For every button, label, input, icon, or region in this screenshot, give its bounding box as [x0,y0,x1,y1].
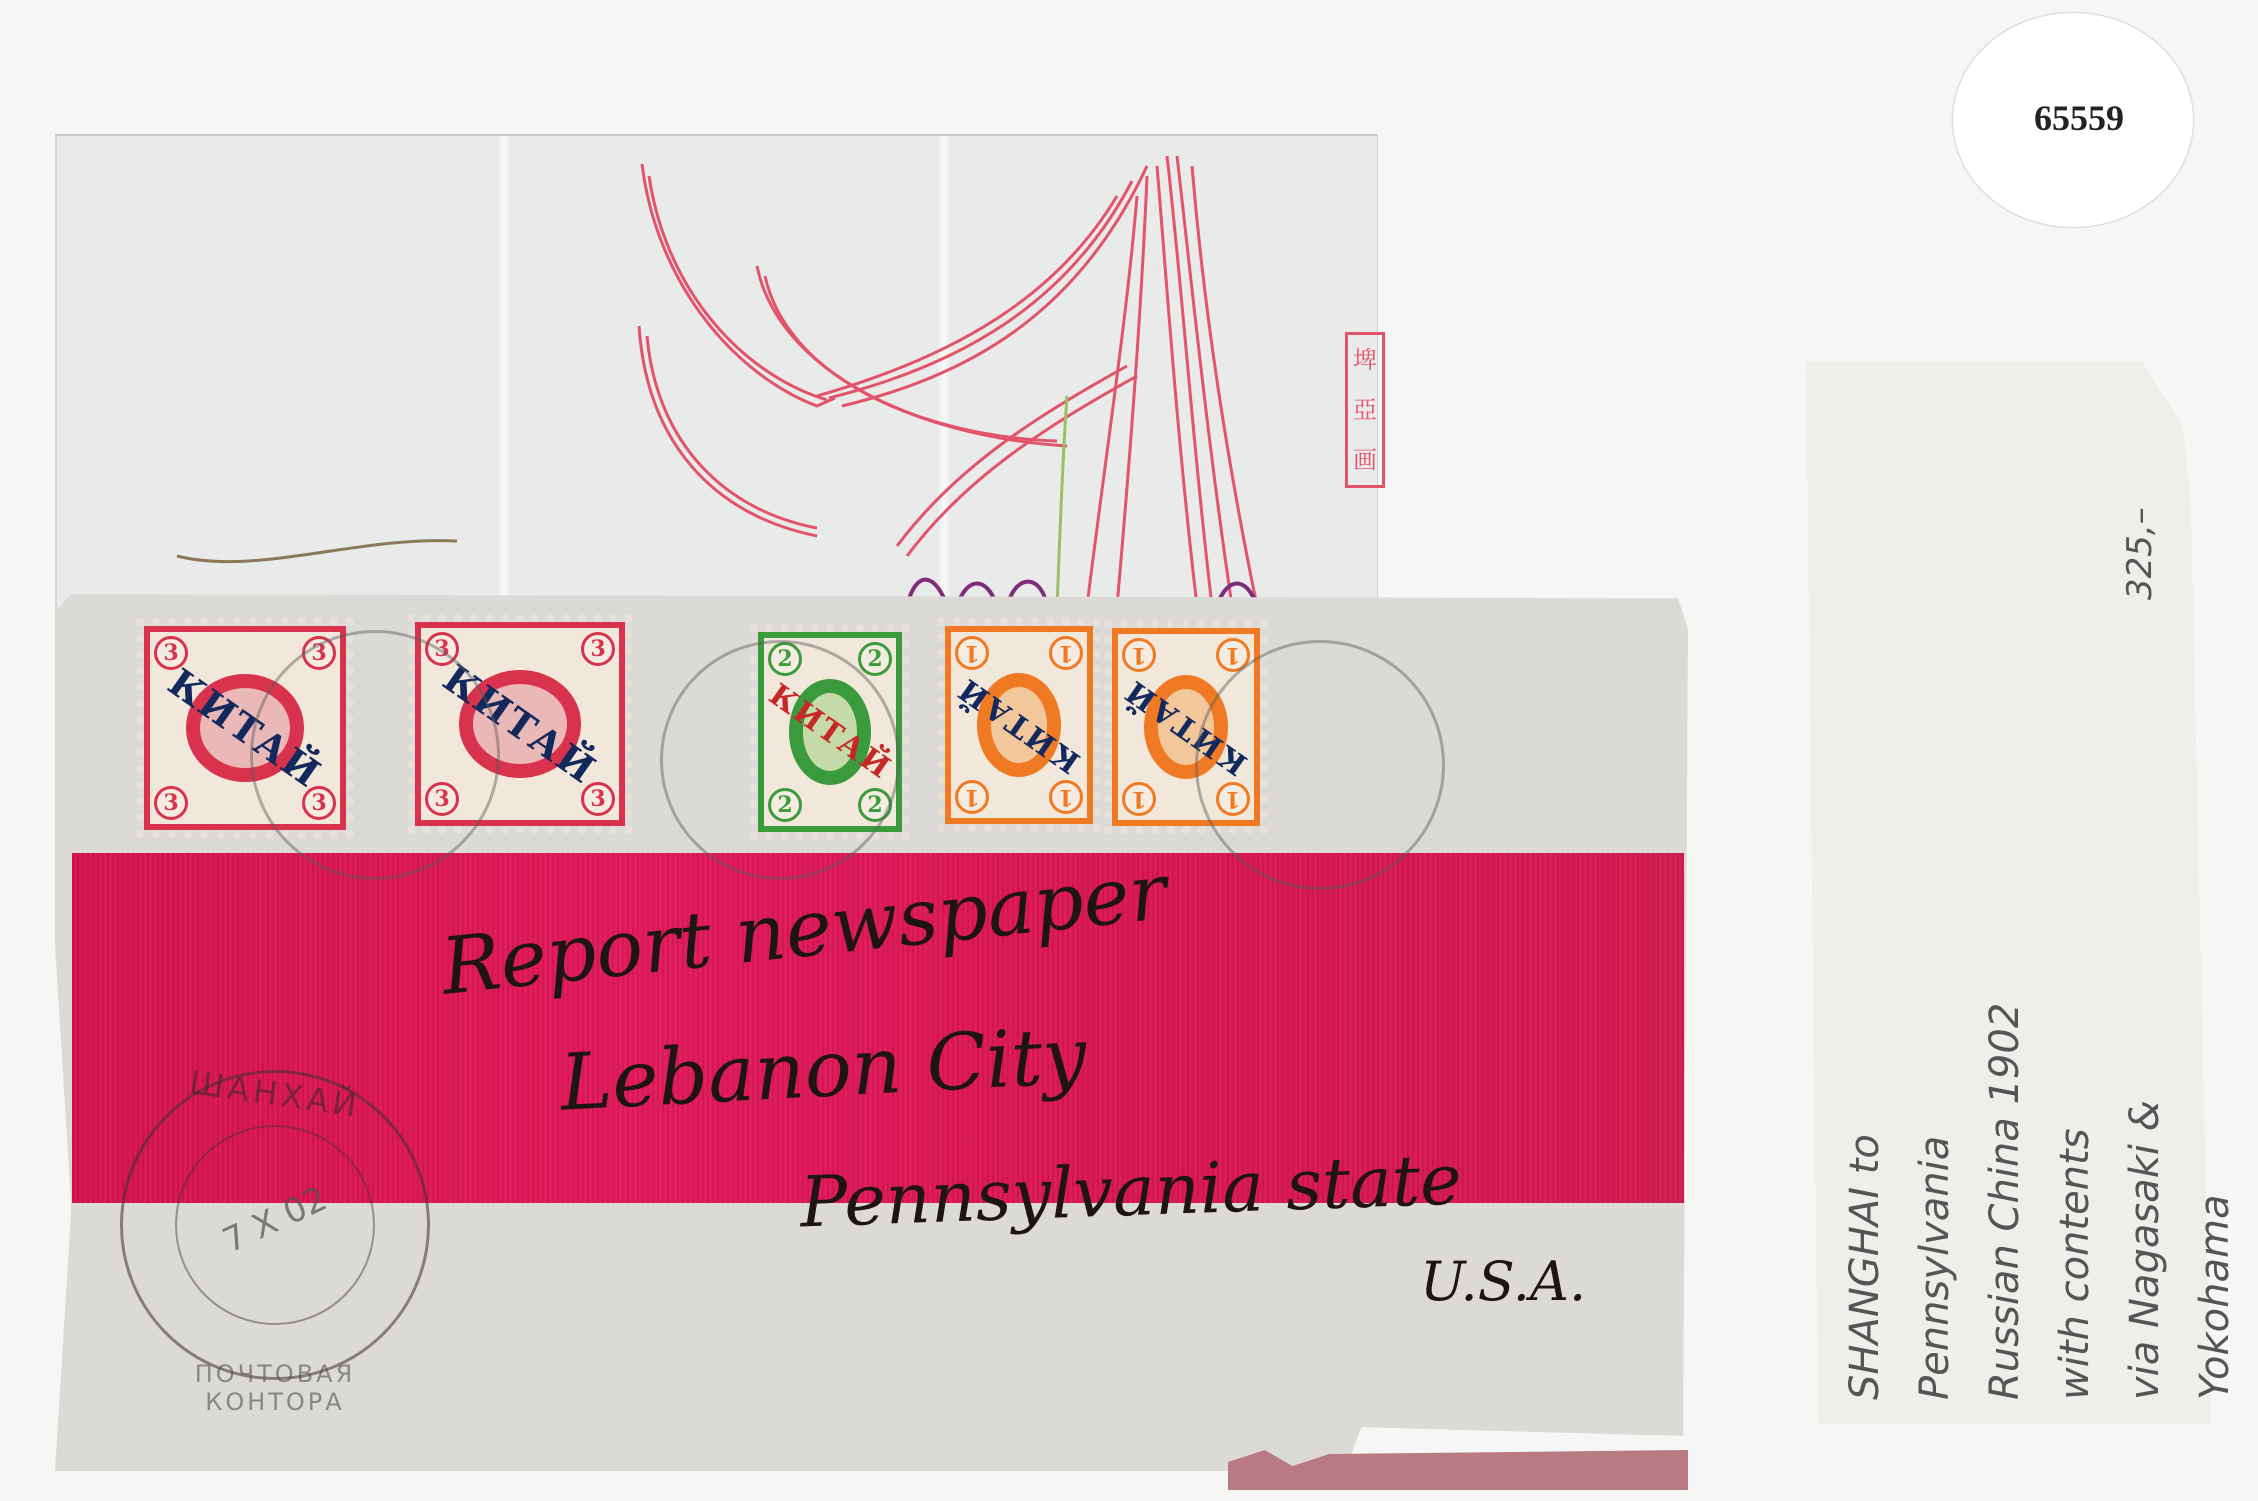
description-text: SHANGHAI to Pennsylvania Russian China 1… [1830,972,2250,1400]
value-numeral: 1 [1049,780,1083,814]
seal-glyph: 埤 [1353,348,1377,372]
value-numeral: 1 [1122,638,1156,672]
woodblock-drawing [57,136,1377,616]
description-line: via Nagasaki & Yokohama [2110,972,2250,1400]
value-numeral: 3 [581,632,615,666]
postmark-bottom-text: ПОЧТОВАЯ КОНТОРА [120,1360,430,1416]
description-line: with contents [2040,972,2110,1400]
lot-number-badge: 65559 [1953,13,2193,227]
stamp-orange: 1111КИТАЙ [945,626,1093,824]
postmark [1195,640,1445,890]
value-numeral: 2 [858,642,892,676]
seal-glyph: 亞 [1353,398,1377,422]
description-line: Russian China 1902 [1970,972,2040,1400]
value-numeral: 3 [154,786,188,820]
postmark [660,640,900,880]
value-numeral: 1 [1049,636,1083,670]
value-numeral: 3 [581,782,615,816]
description-line: SHANGHAI to Pennsylvania [1830,972,1970,1400]
price-label: 325,– [2120,507,2160,600]
value-numeral: 1 [955,636,989,670]
value-numeral: 1 [955,780,989,814]
address-line-4: U.S.A. [1420,1250,1586,1313]
letter-sheet [55,134,1377,616]
value-numeral: 1 [1122,782,1156,816]
seal-glyph: 画 [1353,448,1377,472]
postmark [250,630,500,880]
artist-seal: 埤 亞 画 [1345,332,1385,488]
lot-number: 65559 [2034,97,2124,139]
